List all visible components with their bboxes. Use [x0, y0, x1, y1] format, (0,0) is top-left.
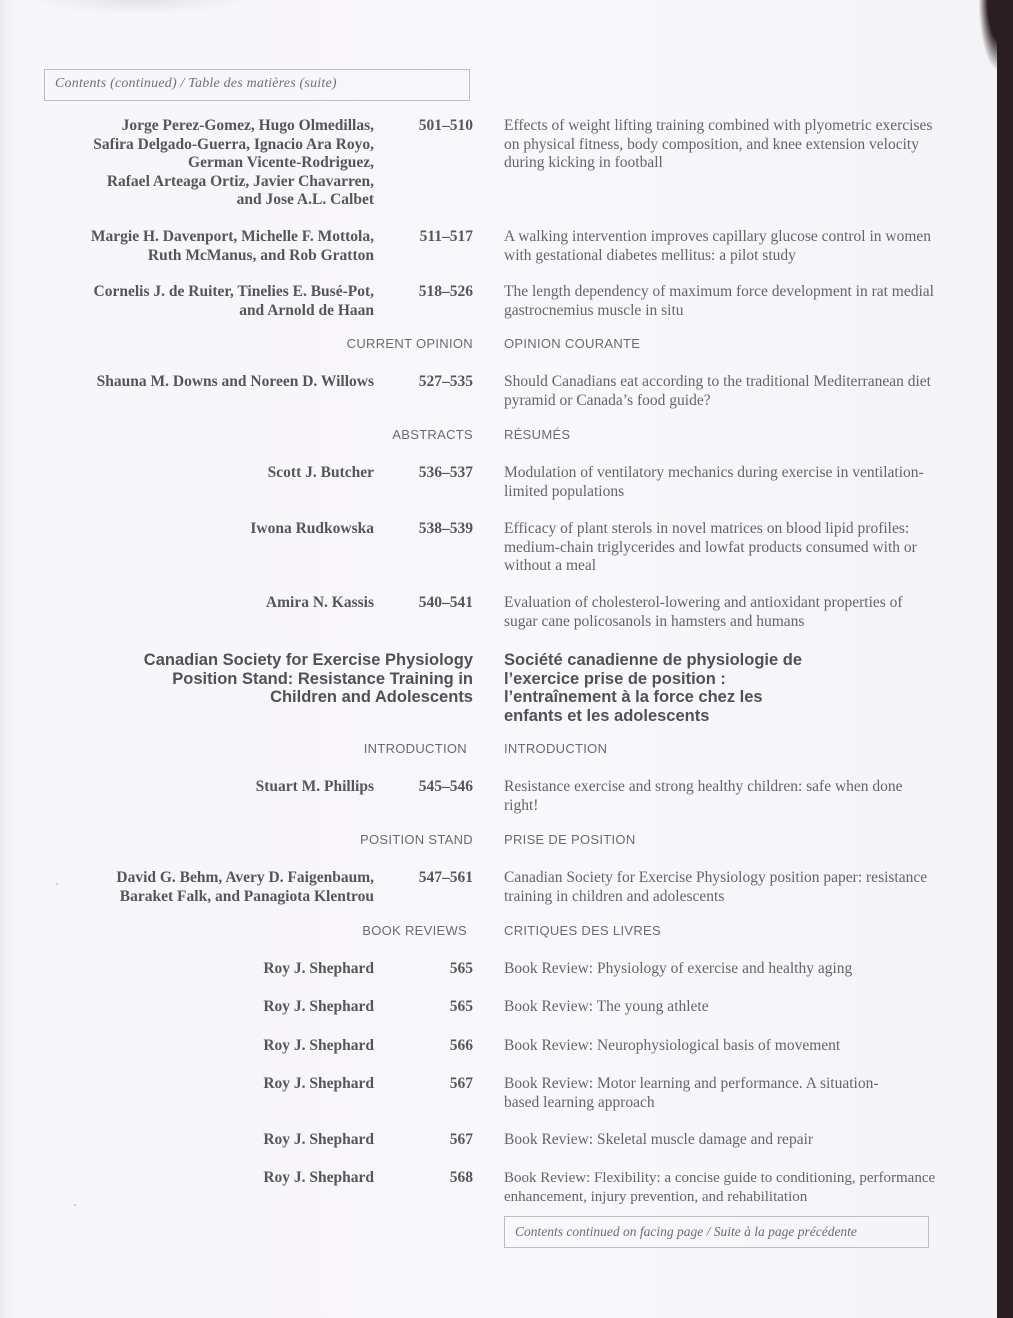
entry-title[interactable]: Modulation of ventilatory mechanics duri…	[504, 464, 936, 501]
entry-title[interactable]: Book Review: Neurophysiological basis of…	[504, 1037, 936, 1056]
entry-authors: Amira N. Kassis	[40, 594, 374, 613]
entry-authors: Roy J. Shephard	[40, 1037, 374, 1056]
section-heading-en: POSITION STAND	[200, 832, 473, 847]
entry-pages: 501–510	[390, 117, 473, 136]
entry-title[interactable]: Evaluation of cholesterol-lowering and a…	[504, 594, 936, 631]
entry-authors: Roy J. Shephard	[40, 1075, 374, 1094]
section-heading-fr: CRITIQUES DES LIVRES	[504, 923, 924, 938]
entry-pages: 568	[390, 1169, 473, 1188]
scan-speck	[74, 1204, 76, 1206]
entry-pages: 565	[390, 960, 473, 979]
entry-pages: 536–537	[390, 464, 473, 483]
scan-speck	[56, 883, 58, 885]
entry-title[interactable]: Book Review: Physiology of exercise and …	[504, 960, 936, 979]
entry-title[interactable]: Book Review: Motor learning and performa…	[504, 1075, 904, 1112]
entry-title[interactable]: The length dependency of maximum force d…	[504, 283, 936, 320]
entry-authors: Roy J. Shephard	[40, 1169, 374, 1188]
entry-title[interactable]: Book Review: The young athlete	[504, 998, 936, 1017]
entry-title[interactable]: Book Review: Flexibility: a concise guid…	[504, 1169, 936, 1206]
entry-pages: 518–526	[390, 283, 473, 302]
page-edge-shadow	[997, 0, 1013, 1318]
entry-title[interactable]: Resistance exercise and strong healthy c…	[504, 778, 936, 815]
entry-authors: Roy J. Shephard	[40, 998, 374, 1017]
entry-authors: Jorge Perez-Gomez, Hugo Olmedillas, Safi…	[40, 117, 374, 210]
entry-pages: 547–561	[390, 869, 473, 888]
section-heading-en: ABSTRACTS	[200, 427, 473, 442]
entry-title[interactable]: Canadian Society for Exercise Physiology…	[504, 869, 936, 906]
section-heading-en: INTRODUCTION	[200, 741, 467, 756]
feature-heading-en: Canadian Society for Exercise Physiology…	[40, 651, 473, 707]
entry-authors: Roy J. Shephard	[40, 960, 374, 979]
entry-authors: David G. Behm, Avery D. Faigenbaum, Bara…	[40, 869, 374, 906]
entry-pages: 567	[390, 1075, 473, 1094]
contents-header: Contents (continued) / Table des matière…	[44, 69, 470, 101]
entry-pages: 540–541	[390, 594, 473, 613]
feature-heading-fr: Société canadienne de physiologie de l’e…	[504, 651, 924, 725]
entry-authors: Scott J. Butcher	[40, 464, 374, 483]
entry-title[interactable]: A walking intervention improves capillar…	[504, 228, 936, 265]
section-heading-fr: INTRODUCTION	[504, 741, 924, 756]
entry-title[interactable]: Efficacy of plant sterols in novel matri…	[504, 520, 936, 576]
entry-authors: Cornelis J. de Ruiter, Tinelies E. Busé-…	[40, 283, 374, 320]
section-heading-fr: OPINION COURANTE	[504, 336, 924, 351]
entry-authors: Stuart M. Phillips	[40, 778, 374, 797]
entry-authors: Roy J. Shephard	[40, 1131, 374, 1150]
entry-pages: 565	[390, 998, 473, 1017]
entry-authors: Iwona Rudkowska	[40, 520, 374, 539]
entry-authors: Shauna M. Downs and Noreen D. Willows	[40, 373, 374, 392]
section-heading-en: CURRENT OPINION	[200, 336, 473, 351]
paper-fold-shadow	[30, 0, 250, 14]
section-heading-fr: RÉSUMÉS	[504, 427, 924, 442]
entry-pages: 566	[390, 1037, 473, 1056]
entry-pages: 545–546	[390, 778, 473, 797]
contents-footer: Contents continued on facing page / Suit…	[504, 1216, 929, 1248]
entry-title[interactable]: Should Canadians eat according to the tr…	[504, 373, 936, 410]
entry-pages: 511–517	[390, 228, 473, 247]
entry-pages: 527–535	[390, 373, 473, 392]
entry-pages: 538–539	[390, 520, 473, 539]
section-heading-en: BOOK REVIEWS	[200, 923, 467, 938]
entry-title[interactable]: Book Review: Skeletal muscle damage and …	[504, 1131, 936, 1150]
entry-title[interactable]: Effects of weight lifting training combi…	[504, 117, 936, 173]
entry-pages: 567	[390, 1131, 473, 1150]
section-heading-fr: PRISE DE POSITION	[504, 832, 924, 847]
entry-authors: Margie H. Davenport, Michelle F. Mottola…	[40, 228, 374, 265]
